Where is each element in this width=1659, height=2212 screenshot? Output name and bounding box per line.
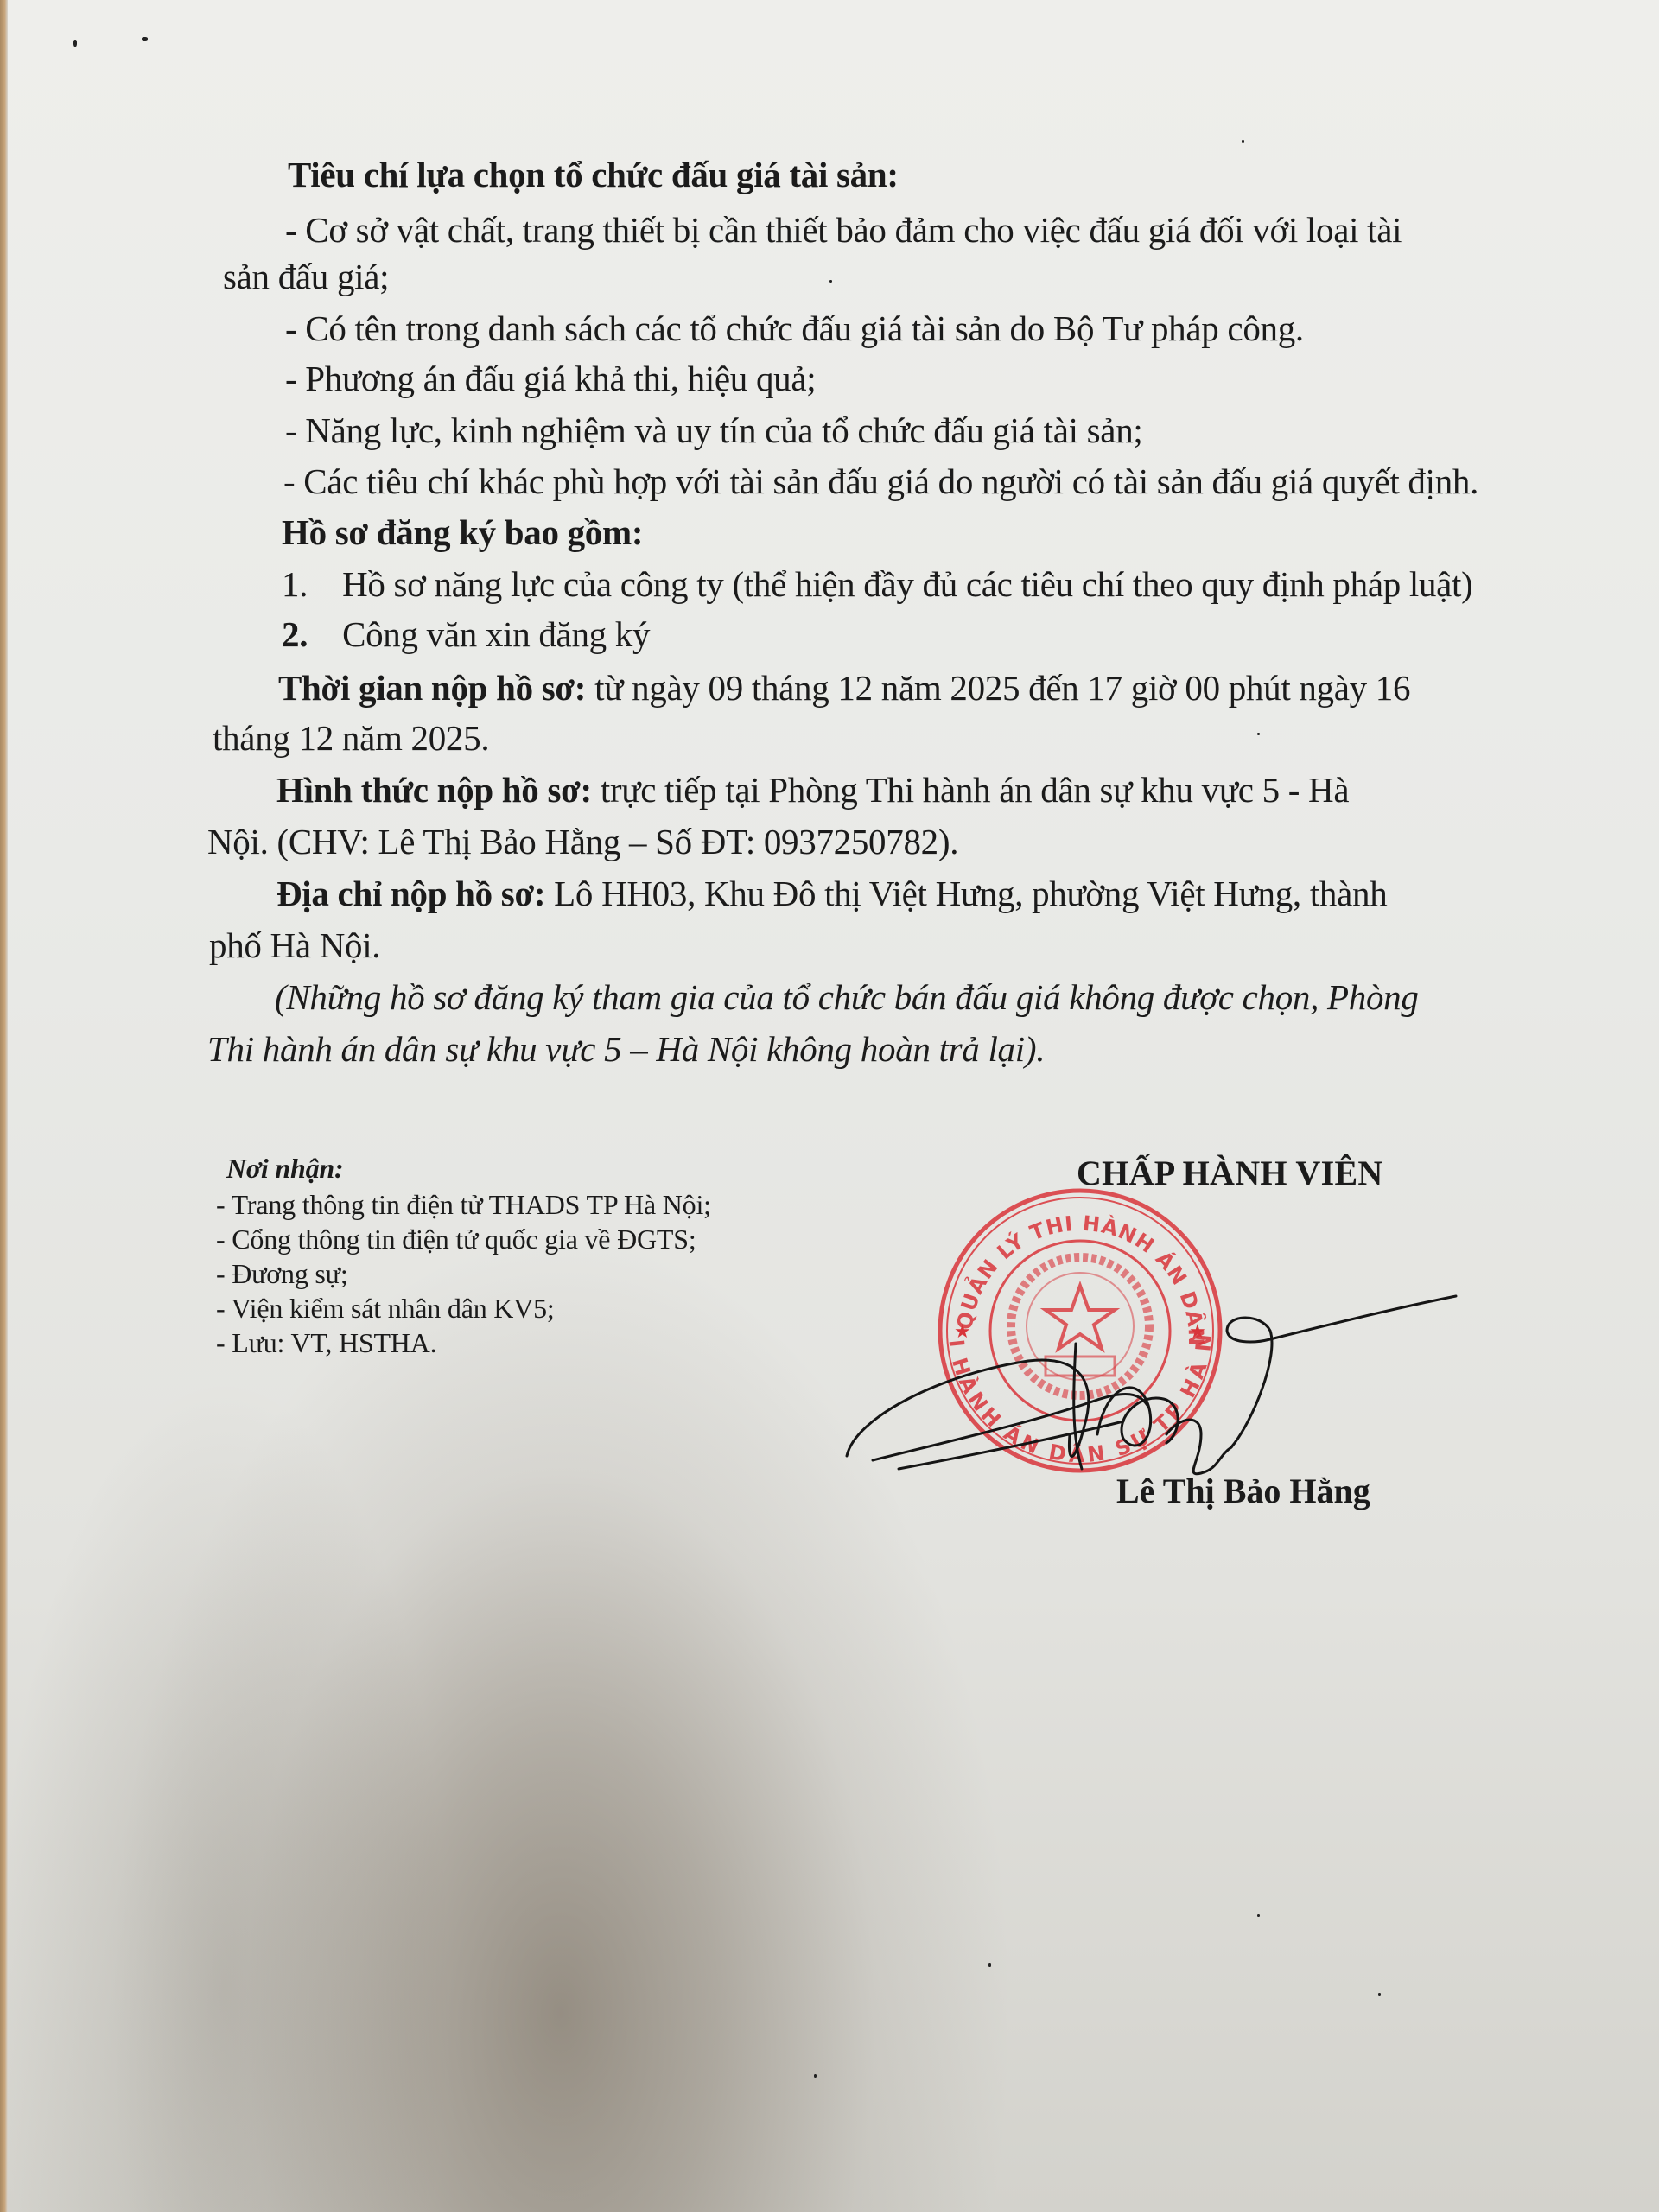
paper-speck [1378,1993,1381,1996]
handwritten-signature-icon [838,1262,1460,1486]
paper-speck [988,1963,991,1967]
submission-time-label: Thời gian nộp hồ sơ: [278,668,586,708]
paper-speck [829,280,832,283]
paper-speck [814,2074,817,2078]
submission-address: Địa chỉ nộp hồ sơ: Lô HH03, Khu Đô thị V… [276,876,1387,912]
recipient-item: - Viện kiểm sát nhân dân KV5; [216,1294,555,1322]
paper-speck [1242,140,1244,143]
dossier-item-number: 2. [282,614,308,654]
criteria-item-continuation: sản đấu giá; [223,259,389,295]
paper-speck [1257,1914,1260,1917]
dossier-item: 1. Hồ sơ năng lực của công ty (thể hiện … [282,567,1473,602]
submission-method: Hình thức nộp hồ sơ: trực tiếp tại Phòng… [276,772,1349,808]
submission-time-continuation: tháng 12 năm 2025. [213,721,489,756]
dossier-item: 2. Công văn xin đăng ký [282,617,650,652]
criteria-item: - Năng lực, kinh nghiệm và uy tín của tổ… [285,413,1143,448]
submission-address-continuation: phố Hà Nội. [209,928,380,963]
criteria-item: - Cơ sở vật chất, trang thiết bị cần thi… [285,213,1402,248]
submission-address-label: Địa chỉ nộp hồ sơ: [276,874,545,913]
criteria-item: - Các tiêu chí khác phù hợp với tài sản … [283,464,1478,499]
dossier-item-number: 1. [282,564,308,604]
submission-method-label: Hình thức nộp hồ sơ: [276,770,592,810]
submission-address-text: Lô HH03, Khu Đô thị Việt Hưng, phường Vi… [545,874,1387,913]
criteria-heading: Tiêu chí lựa chọn tổ chức đấu giá tài sả… [288,157,899,193]
note-line: (Những hồ sơ đăng ký tham gia của tổ chứ… [275,980,1419,1015]
submission-time: Thời gian nộp hồ sơ: từ ngày 09 tháng 12… [278,671,1410,706]
signer-name: Lê Thị Bảo Hằng [1116,1471,1370,1511]
paper-speck [73,40,77,47]
dossier-heading: Hồ sơ đăng ký bao gồm: [282,515,643,550]
submission-method-continuation: Nội. (CHV: Lê Thị Bảo Hằng – Số ĐT: 0937… [207,824,958,860]
desk-edge [0,0,8,2212]
dossier-item-text: Công văn xin đăng ký [342,614,650,654]
recipient-item: - Lưu: VT, HSTHA. [216,1329,436,1357]
recipient-item: - Cổng thông tin điện tử quốc gia về ĐGT… [216,1225,696,1253]
recipients-heading: Nơi nhận: [226,1154,343,1182]
submission-method-text: trực tiếp tại Phòng Thi hành án dân sự k… [592,770,1349,810]
recipient-item: - Đương sự; [216,1260,348,1287]
paper-speck [1257,733,1260,735]
recipient-item: - Trang thông tin điện tử THADS TP Hà Nộ… [216,1191,711,1218]
criteria-item: - Có tên trong danh sách các tổ chức đấu… [285,311,1304,346]
paper-speck [142,37,148,41]
criteria-item: - Phương án đấu giá khả thi, hiệu quả; [285,361,816,397]
note-line: Thi hành án dân sự khu vực 5 – Hà Nội kh… [207,1032,1045,1067]
submission-time-text: từ ngày 09 tháng 12 năm 2025 đến 17 giờ … [586,668,1410,708]
dossier-item-text: Hồ sơ năng lực của công ty (thể hiện đầy… [342,564,1472,604]
